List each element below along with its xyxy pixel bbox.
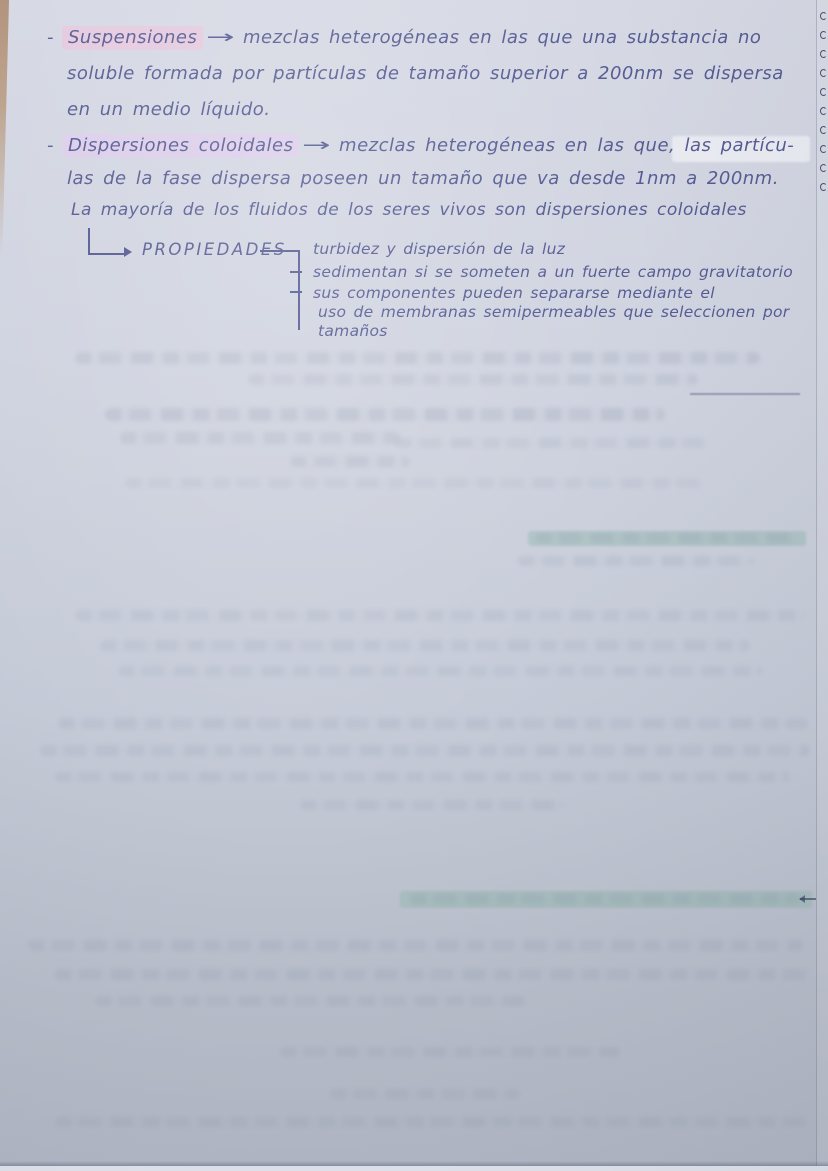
- desk-edge-sliver: [0, 0, 9, 260]
- bleed-through-line: [75, 610, 805, 621]
- adjacent-page-letter-mark: [820, 12, 827, 20]
- bleed-through-line: [248, 374, 698, 385]
- suspensiones-line1-text: mezclas heterogéneas en las que una subs…: [243, 27, 761, 48]
- adjacent-page-letter-mark: [820, 50, 827, 58]
- bleed-through-line: [300, 800, 565, 810]
- bleed-through-line: [280, 1047, 620, 1057]
- connector-line: [260, 250, 298, 252]
- suspensiones-line3: en un medio líquido.: [67, 99, 271, 120]
- suspensiones-line2: soluble formada por partículas de tamaño…: [67, 63, 784, 84]
- bracket-tick: [290, 291, 302, 293]
- small-arrow-mark-icon: [800, 898, 816, 900]
- right-arrow-icon: →: [302, 135, 332, 156]
- bleed-through-line: [58, 718, 808, 729]
- bleed-through-line: [55, 969, 810, 980]
- adjacent-page-letter-mark: [820, 69, 827, 77]
- adjacent-page-letter-mark: [820, 126, 827, 134]
- adjacent-page-letter-mark: [820, 31, 827, 39]
- bleed-through-line: [330, 1089, 520, 1099]
- bleed-through-line: [120, 432, 400, 444]
- bleed-through-line: [28, 940, 803, 951]
- elbow-arrowhead-icon: [124, 247, 132, 257]
- bleed-through-line: [395, 438, 705, 448]
- bleed-pen-line: [690, 393, 800, 395]
- elbow-arrow-icon: [88, 228, 126, 255]
- propiedad-3-line3: tamaños: [318, 322, 388, 340]
- adjacent-page-letter-mark: [820, 183, 827, 191]
- bullet-dash: -: [47, 27, 54, 48]
- bleed-through-line: [55, 772, 790, 782]
- propiedad-3-line2: uso de membranas semipermeables que sele…: [318, 303, 789, 321]
- suspensiones-line1: -Suspensiones→mezclas heterogéneas en la…: [47, 27, 761, 48]
- term-suspensiones: Suspensiones: [62, 26, 203, 50]
- bleed-through-line: [290, 456, 410, 467]
- page-bottom-edge: [0, 1166, 828, 1171]
- dispersiones-line1: -Dispersiones coloidales→mezclas heterog…: [47, 135, 794, 156]
- right-arrow-icon: →: [206, 27, 236, 48]
- bracket-tick: [290, 271, 302, 273]
- bleed-through-line: [410, 894, 800, 904]
- adjacent-page-letter-mark: [820, 145, 827, 153]
- bracket-line: [298, 250, 300, 330]
- bleed-through-line: [40, 745, 810, 756]
- dispersiones-line1-text: mezclas heterogéneas en las que, las par…: [339, 135, 794, 156]
- adjacent-page-ink-marks: [820, 12, 827, 191]
- term-dispersiones-coloidales: Dispersiones coloidales: [62, 134, 299, 158]
- bleed-through-line: [55, 1117, 810, 1127]
- bleed-through-line: [535, 533, 795, 543]
- propiedad-1: turbidez y dispersión de la luz: [313, 240, 565, 258]
- adjacent-page-letter-mark: [820, 107, 827, 115]
- bleed-through-line: [118, 666, 763, 676]
- adjacent-page-letter-mark: [820, 88, 827, 96]
- bleed-through-line: [100, 640, 750, 651]
- notebook-page: -Suspensiones→mezclas heterogéneas en la…: [0, 0, 828, 1171]
- bleed-through-line: [95, 996, 525, 1006]
- bleed-through-line: [75, 352, 760, 364]
- bleed-through-line: [518, 556, 753, 566]
- bleed-through-line: [125, 478, 705, 488]
- bleed-through-line: [105, 408, 665, 421]
- adjacent-page-letter-mark: [820, 164, 827, 172]
- bullet-dash: -: [47, 135, 54, 156]
- dispersiones-line2: las de la fase dispersa poseen un tamaño…: [67, 168, 779, 189]
- propiedad-2: sedimentan si se someten a un fuerte cam…: [313, 263, 793, 281]
- dispersiones-line3: La mayoría de los fluidos de los seres v…: [71, 200, 747, 220]
- propiedad-3-line1: sus componentes pueden separarse mediant…: [313, 284, 715, 302]
